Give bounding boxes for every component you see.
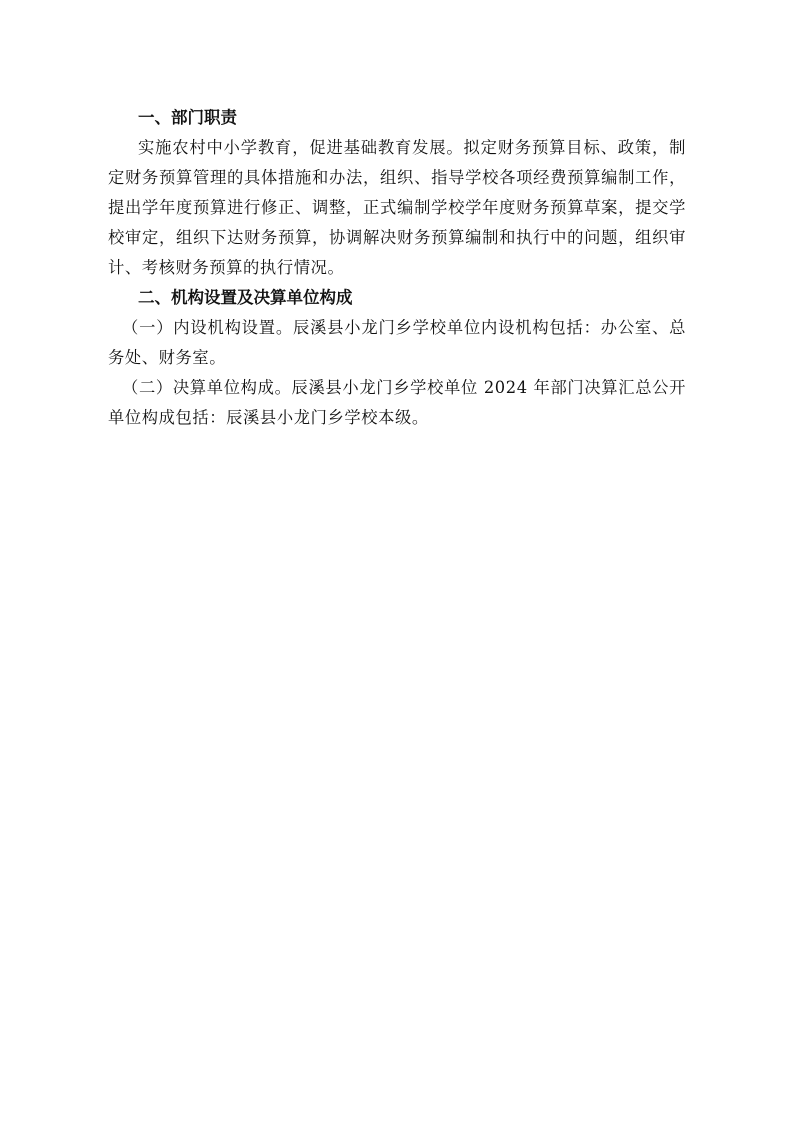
accounting-unit-paragraph: （二）决算单位构成。辰溪县小龙门乡学校单位 2024 年部门决算汇总公开单位构成… bbox=[108, 373, 686, 433]
internal-organization-paragraph: （一）内设机构设置。辰溪县小龙门乡学校单位内设机构包括：办公室、总务处、财务室。 bbox=[108, 313, 686, 373]
document-page: 一、部门职责 实施农村中小学教育，促进基础教育发展。拟定财务预算目标、政策，制定… bbox=[108, 103, 686, 433]
section-heading-organization: 二、机构设置及决算单位构成 bbox=[108, 283, 686, 313]
section-heading-department-duties: 一、部门职责 bbox=[108, 103, 686, 133]
department-duties-paragraph: 实施农村中小学教育，促进基础教育发展。拟定财务预算目标、政策，制定财务预算管理的… bbox=[108, 133, 686, 283]
